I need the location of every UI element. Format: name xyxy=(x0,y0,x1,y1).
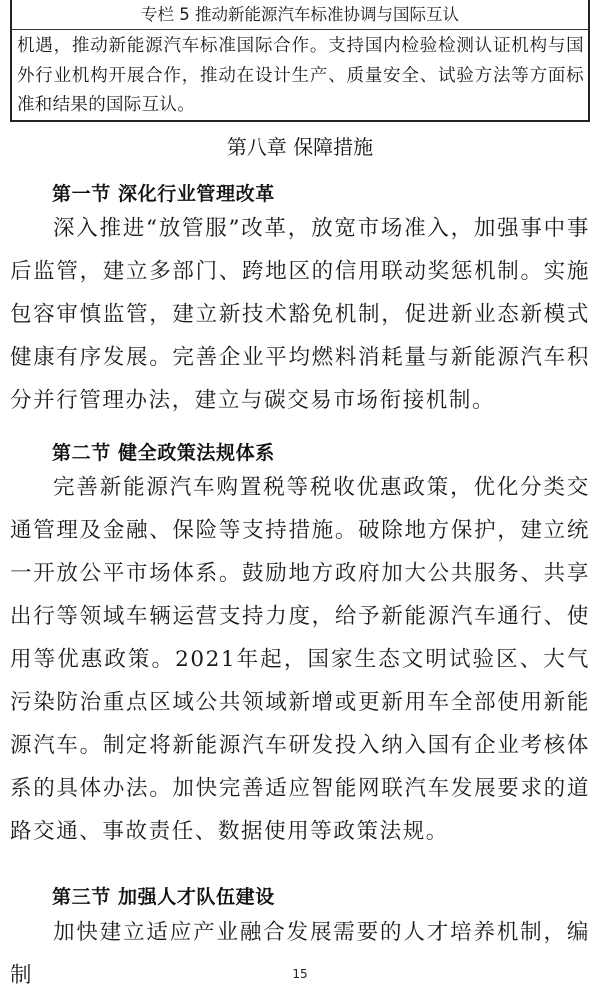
chapter-title: 第八章 保障措施 xyxy=(0,133,600,161)
section-3-title: 第三节 加强人才队伍建设 xyxy=(52,883,275,911)
section-1-paragraph: 深入推进“放管服”改革，放宽市场准入，加强事中事后监管，建立多部门、跨地区的信用… xyxy=(10,207,590,422)
sidebox-body: 机遇，推动新能源汽车标准国际合作。支持国内检验检测认证机构与国外行业机构开展合作… xyxy=(12,30,588,121)
section-3-paragraph: 加快建立适应产业融合发展需要的人才培养机制，编制 xyxy=(10,911,590,997)
section-1-title: 第一节 深化行业管理改革 xyxy=(52,180,275,208)
section-2-title: 第二节 健全政策法规体系 xyxy=(52,439,275,467)
sidebox-title: 专栏 5 推动新能源汽车标准协调与国际互认 xyxy=(12,0,588,30)
page-number: 15 xyxy=(0,966,600,982)
section-2-paragraph: 完善新能源汽车购置税等税收优惠政策，优化分类交通管理及金融、保险等支持措施。破除… xyxy=(10,466,590,853)
sidebox-column-5: 专栏 5 推动新能源汽车标准协调与国际互认 机遇，推动新能源汽车标准国际合作。支… xyxy=(10,0,590,122)
